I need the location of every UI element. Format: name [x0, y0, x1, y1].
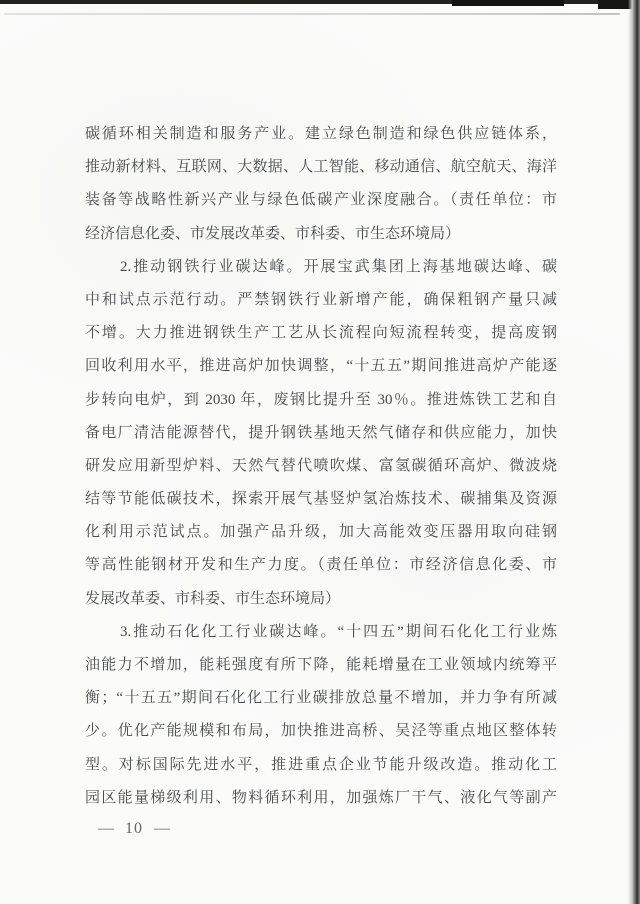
- scanned-page: 碳循环相关制造和服务产业。建立绿色制造和绿色供应链体系，推动新材料、互联网、大数…: [0, 0, 640, 904]
- text-line: 研发应用新型炉料、天然气替代喷吹煤、富氢碳循环高炉、微波烧: [85, 450, 557, 483]
- text-line: 发展改革委、市科委、市生态环境局）: [85, 583, 557, 616]
- text-line: 中和试点示范行动。严禁钢铁行业新增产能，确保粗钢产量只减: [85, 284, 557, 317]
- document-text-block: 碳循环相关制造和服务产业。建立绿色制造和绿色供应链体系，推动新材料、互联网、大数…: [85, 118, 557, 815]
- text-line: 3.推动石化化工行业碳达峰。“十四五”期间石化化工行业炼: [85, 616, 557, 649]
- page-number-value: 10: [125, 820, 143, 837]
- page-number-dash-right: —: [154, 820, 170, 837]
- scan-edge-right: [628, 0, 640, 904]
- text-line: 油能力不增加，能耗强度有所下降，能耗增量在工业领域内统筹平: [85, 649, 557, 682]
- text-line: 结等节能低碳技术，探索开展气基竖炉氢冶炼技术、碳捕集及资源: [85, 483, 557, 516]
- text-line: 碳循环相关制造和服务产业。建立绿色制造和绿色供应链体系，: [85, 118, 557, 151]
- text-line: 型。对标国际先进水平，推进重点企业节能升级改造。推动化工: [85, 749, 557, 782]
- text-line: 化利用示范试点。加强产品升级，加大高能效变压器用取向硅钢: [85, 516, 557, 549]
- text-line: 不增。大力推进钢铁生产工艺从长流程向短流程转变，提高废钢: [85, 317, 557, 350]
- text-line: 推动新材料、互联网、大数据、人工智能、移动通信、航空航天、海洋: [85, 151, 557, 184]
- text-line: 园区能量梯级利用、物料循环利用，加强炼厂干气、液化气等副产: [85, 782, 557, 815]
- text-line: 回收利用水平，推进高炉加快调整，“十五五”期间推进高炉产能逐: [85, 350, 557, 383]
- text-line: 少。优化产能规模和布局，加快推进高桥、吴泾等重点地区整体转: [85, 715, 557, 748]
- text-line: 2.推动钢铁行业碳达峰。开展宝武集团上海基地碳达峰、碳: [85, 251, 557, 284]
- text-line: 衡；“十五五”期间石化化工行业碳排放总量不增加，并力争有所减: [85, 682, 557, 715]
- text-line: 备电厂清洁能源替代，提升钢铁基地天然气储存和供应能力，加快: [85, 417, 557, 450]
- text-line: 经济信息化委、市发展改革委、市科委、市生态环境局）: [85, 218, 557, 251]
- text-line: 等高性能钢材开发和生产力度。（责任单位：市经济信息化委、市: [85, 549, 557, 582]
- text-line: 装备等战略性新兴产业与绿色低碳产业深度融合。（责任单位：市: [85, 184, 557, 217]
- text-line: 步转向电炉，到 2030 年，废钢比提升至 30％。推进炼铁工艺和自: [85, 384, 557, 417]
- scan-fold-line: [4, 13, 620, 15]
- page-number: —10—: [98, 818, 170, 840]
- scan-edge-top-dark-segment: [452, 0, 564, 6]
- page-number-dash-left: —: [98, 820, 114, 837]
